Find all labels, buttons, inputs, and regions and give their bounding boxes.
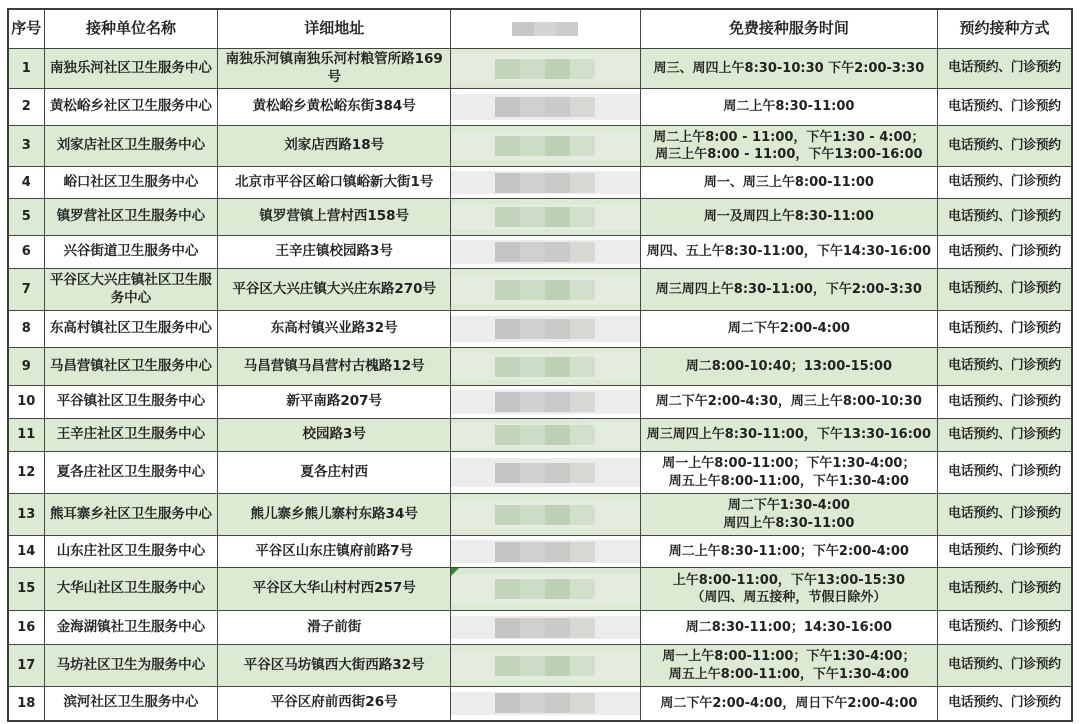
address-cell: 马昌营镇马昌营村古槐路12号 [218, 348, 451, 386]
serial-number-cell: 5 [8, 199, 44, 236]
serial-number-cell: 9 [8, 348, 44, 386]
table-row: 4峪口社区卫生服务中心北京市平谷区峪口镇峪新大街1号周一、周三上午8:00-11… [8, 167, 1072, 199]
table-row: 15大华山社区卫生服务中心平谷区大华山村村西257号上午8:00-11:00，下… [8, 568, 1072, 611]
booking-method-cell: 电话预约、门诊预约 [937, 236, 1072, 269]
service-time-line: 周三周四上午8:30-11:00，下午2:00-3:30 [643, 281, 935, 298]
service-time-line: 周二上午8:00 - 11:00，下午1:30 - 4:00； [643, 129, 935, 146]
booking-method-cell: 电话预约、门诊预约 [937, 348, 1072, 386]
service-time-line: （周四、周五接种，节假日除外） [643, 589, 935, 606]
table-row: 3刘家店社区卫生服务中心刘家店西路18号周二上午8:00 - 11:00，下午1… [8, 126, 1072, 167]
redacted-phone-blur [451, 687, 640, 720]
redacted-phone-blur [451, 452, 640, 493]
address-cell: 南独乐河镇南独乐河村粮管所路169号 [218, 49, 451, 89]
service-time-cell: 周二上午8:30-11:00；下午2:00-4:00 [640, 536, 937, 568]
redacted-phone-blur [451, 348, 640, 385]
service-time-line: 周四、五上午8:30-11:00，下午14:30-16:00 [643, 243, 935, 260]
redacted-phone-blur [451, 536, 640, 567]
service-time-line: 周一上午8:00-11:00；下午1:30-4:00； [643, 648, 935, 665]
service-time-line: 周三周四上午8:30-11:00，下午13:30-16:00 [643, 426, 935, 443]
service-time-line: 周二上午8:30-11:00；下午2:00-4:00 [643, 543, 935, 560]
header-cell-address: 详细地址 [218, 9, 451, 49]
redacted-phone-cell [451, 348, 641, 386]
service-time-cell: 周四、五上午8:30-11:00，下午14:30-16:00 [640, 236, 937, 269]
address-cell: 东高村镇兴业路32号 [218, 311, 451, 348]
service-time-cell: 周三、周四上午8:30-10:30 下午2:00-3:30 [640, 49, 937, 89]
booking-method-cell: 电话预约、门诊预约 [937, 167, 1072, 199]
serial-number-cell: 13 [8, 494, 44, 536]
header-cell-redacted-phone [451, 9, 641, 49]
service-time-line: 周二下午1:30-4:00 [643, 497, 935, 514]
serial-number-cell: 1 [8, 49, 44, 89]
booking-method-cell: 电话预约、门诊预约 [937, 687, 1072, 721]
booking-method-cell: 电话预约、门诊预约 [937, 311, 1072, 348]
address-cell: 平谷区府前西街26号 [218, 687, 451, 721]
redacted-phone-blur [451, 611, 640, 644]
unit-name-cell: 滨河社区卫生服务中心 [44, 687, 218, 721]
redacted-phone-blur [451, 167, 640, 198]
service-time-line: 周二8:30-11:00；14:30-16:00 [643, 619, 935, 636]
table-row: 13熊耳寨乡社区卫生服务中心熊儿寨乡熊儿寨村东路34号周二下午1:30-4:00… [8, 494, 1072, 536]
unit-name-cell: 平谷镇社区卫生服务中心 [44, 386, 218, 419]
booking-method-cell: 电话预约、门诊预约 [937, 269, 1072, 311]
redacted-phone-cell [451, 419, 641, 452]
header-cell-serial: 序号 [8, 9, 44, 49]
header-row: 序号 接种单位名称 详细地址 免费接种服务时间 预约接种方式 [8, 9, 1072, 49]
serial-number-cell: 4 [8, 167, 44, 199]
service-time-line: 上午8:00-11:00，下午13:00-15:30 [643, 572, 935, 589]
service-time-cell: 周二下午2:00-4:00 [640, 311, 937, 348]
redacted-phone-blur [451, 126, 640, 166]
booking-method-cell: 电话预约、门诊预约 [937, 645, 1072, 687]
serial-number-cell: 6 [8, 236, 44, 269]
vaccination-schedule-table: 序号 接种单位名称 详细地址 免费接种服务时间 预约接种方式 1南独乐河社区卫生… [7, 8, 1073, 722]
service-time-cell: 周二下午2:00-4:00，周日下午2:00-4:00 [640, 687, 937, 721]
address-cell: 新平南路207号 [218, 386, 451, 419]
service-time-line: 周二下午2:00-4:30，周三上午8:00-10:30 [643, 393, 935, 410]
header-cell-unit-name: 接种单位名称 [44, 9, 218, 49]
redacted-phone-cell [451, 536, 641, 568]
serial-number-cell: 10 [8, 386, 44, 419]
table-row: 10平谷镇社区卫生服务中心新平南路207号周二下午2:00-4:30，周三上午8… [8, 386, 1072, 419]
redacted-phone-cell [451, 687, 641, 721]
redacted-phone-cell [451, 126, 641, 167]
unit-name-cell: 马昌营镇社区卫生服务中心 [44, 348, 218, 386]
service-time-line: 周一上午8:00-11:00；下午1:30-4:00； [643, 455, 935, 472]
redacted-phone-blur [451, 419, 640, 451]
address-cell: 黄松峪乡黄松峪东街384号 [218, 89, 451, 126]
service-time-cell: 周一、周三上午8:00-11:00 [640, 167, 937, 199]
redacted-phone-cell [451, 494, 641, 536]
unit-name-cell: 峪口社区卫生服务中心 [44, 167, 218, 199]
header-cell-service-time: 免费接种服务时间 [640, 9, 937, 49]
serial-number-cell: 15 [8, 568, 44, 611]
unit-name-cell: 马坊社区卫生为服务中心 [44, 645, 218, 687]
redacted-phone-cell [451, 89, 641, 126]
green-triangle-marker [451, 568, 459, 576]
serial-number-cell: 8 [8, 311, 44, 348]
redacted-phone-cell [451, 49, 641, 89]
service-time-cell: 周二8:00-10:40；13:00-15:00 [640, 348, 937, 386]
unit-name-cell: 刘家店社区卫生服务中心 [44, 126, 218, 167]
serial-number-cell: 16 [8, 611, 44, 645]
redacted-phone-blur [451, 645, 640, 686]
booking-method-cell: 电话预约、门诊预约 [937, 49, 1072, 89]
redacted-phone-cell [451, 199, 641, 236]
unit-name-cell: 南独乐河社区卫生服务中心 [44, 49, 218, 89]
serial-number-cell: 7 [8, 269, 44, 311]
serial-number-cell: 18 [8, 687, 44, 721]
service-time-cell: 周二上午8:30-11:00 [640, 89, 937, 126]
redacted-phone-cell [451, 568, 641, 611]
table-row: 18滨河社区卫生服务中心平谷区府前西街26号周二下午2:00-4:00，周日下午… [8, 687, 1072, 721]
redacted-phone-blur [451, 311, 640, 347]
address-cell: 平谷区山东庄镇府前路7号 [218, 536, 451, 568]
redacted-phone-blur [451, 10, 640, 48]
redacted-phone-cell [451, 236, 641, 269]
vaccination-schedule-page: 序号 接种单位名称 详细地址 免费接种服务时间 预约接种方式 1南独乐河社区卫生… [0, 0, 1080, 724]
service-time-line: 周三、周四上午8:30-10:30 下午2:00-3:30 [643, 60, 935, 77]
booking-method-cell: 电话预约、门诊预约 [937, 419, 1072, 452]
service-time-line: 周二下午2:00-4:00，周日下午2:00-4:00 [643, 695, 935, 712]
booking-method-cell: 电话预约、门诊预约 [937, 386, 1072, 419]
booking-method-cell: 电话预约、门诊预约 [937, 199, 1072, 236]
address-cell: 平谷区马坊镇西大街西路32号 [218, 645, 451, 687]
table-row: 11王辛庄社区卫生服务中心校园路3号周三周四上午8:30-11:00，下午13:… [8, 419, 1072, 452]
table-row: 2黄松峪乡社区卫生服务中心黄松峪乡黄松峪东街384号周二上午8:30-11:00… [8, 89, 1072, 126]
address-cell: 镇罗营镇上营村西158号 [218, 199, 451, 236]
redacted-phone-blur [451, 236, 640, 268]
table-body: 1南独乐河社区卫生服务中心南独乐河镇南独乐河村粮管所路169号周三、周四上午8:… [8, 49, 1072, 721]
serial-number-cell: 3 [8, 126, 44, 167]
service-time-line: 周三上午8:00 - 11:00，下午13:00-16:00 [643, 146, 935, 163]
address-cell: 校园路3号 [218, 419, 451, 452]
redacted-phone-blur [451, 269, 640, 310]
table-row: 9马昌营镇社区卫生服务中心马昌营镇马昌营村古槐路12号周二8:00-10:40；… [8, 348, 1072, 386]
service-time-line: 周四上午8:30-11:00 [643, 515, 935, 532]
redacted-phone-cell [451, 645, 641, 687]
unit-name-cell: 兴谷街道卫生服务中心 [44, 236, 218, 269]
redacted-phone-blur [451, 494, 640, 535]
serial-number-cell: 12 [8, 452, 44, 494]
booking-method-cell: 电话预约、门诊预约 [937, 536, 1072, 568]
address-cell: 平谷区大华山村村西257号 [218, 568, 451, 611]
address-cell: 夏各庄村西 [218, 452, 451, 494]
service-time-cell: 周二8:30-11:00；14:30-16:00 [640, 611, 937, 645]
unit-name-cell: 金海湖镇社卫生服务中心 [44, 611, 218, 645]
table-row: 17马坊社区卫生为服务中心平谷区马坊镇西大街西路32号周一上午8:00-11:0… [8, 645, 1072, 687]
service-time-cell: 周二下午1:30-4:00周四上午8:30-11:00 [640, 494, 937, 536]
header-cell-booking-method: 预约接种方式 [937, 9, 1072, 49]
redacted-phone-blur [451, 89, 640, 125]
service-time-cell: 上午8:00-11:00，下午13:00-15:30（周四、周五接种，节假日除外… [640, 568, 937, 611]
service-time-cell: 周三周四上午8:30-11:00，下午2:00-3:30 [640, 269, 937, 311]
serial-number-cell: 2 [8, 89, 44, 126]
booking-method-cell: 电话预约、门诊预约 [937, 126, 1072, 167]
service-time-line: 周五上午8:00-11:00，下午1:30-4:00 [643, 666, 935, 683]
service-time-line: 周一及周四上午8:30-11:00 [643, 208, 935, 225]
booking-method-cell: 电话预约、门诊预约 [937, 452, 1072, 494]
unit-name-cell: 东高村镇社区卫生服务中心 [44, 311, 218, 348]
redacted-phone-blur [451, 568, 640, 610]
unit-name-cell: 镇罗营社区卫生服务中心 [44, 199, 218, 236]
service-time-cell: 周二上午8:00 - 11:00，下午1:30 - 4:00；周三上午8:00 … [640, 126, 937, 167]
unit-name-cell: 平谷区大兴庄镇社区卫生服务中心 [44, 269, 218, 311]
service-time-line: 周二下午2:00-4:00 [643, 320, 935, 337]
serial-number-cell: 11 [8, 419, 44, 452]
table-row: 1南独乐河社区卫生服务中心南独乐河镇南独乐河村粮管所路169号周三、周四上午8:… [8, 49, 1072, 89]
service-time-line: 周五上午8:00-11:00，下午1:30-4:00 [643, 473, 935, 490]
table-row: 8东高村镇社区卫生服务中心东高村镇兴业路32号周二下午2:00-4:00电话预约… [8, 311, 1072, 348]
redacted-phone-blur [451, 199, 640, 235]
unit-name-cell: 大华山社区卫生服务中心 [44, 568, 218, 611]
redacted-phone-cell [451, 167, 641, 199]
serial-number-cell: 17 [8, 645, 44, 687]
table-row: 6兴谷街道卫生服务中心王辛庄镇校园路3号周四、五上午8:30-11:00，下午1… [8, 236, 1072, 269]
service-time-cell: 周二下午2:00-4:30，周三上午8:00-10:30 [640, 386, 937, 419]
address-cell: 北京市平谷区峪口镇峪新大街1号 [218, 167, 451, 199]
service-time-cell: 周一上午8:00-11:00；下午1:30-4:00；周五上午8:00-11:0… [640, 452, 937, 494]
table-row: 5镇罗营社区卫生服务中心镇罗营镇上营村西158号周一及周四上午8:30-11:0… [8, 199, 1072, 236]
service-time-line: 周二上午8:30-11:00 [643, 98, 935, 115]
redacted-phone-cell [451, 311, 641, 348]
table-row: 12夏各庄社区卫生服务中心夏各庄村西周一上午8:00-11:00；下午1:30-… [8, 452, 1072, 494]
redacted-phone-cell [451, 452, 641, 494]
booking-method-cell: 电话预约、门诊预约 [937, 494, 1072, 536]
address-cell: 平谷区大兴庄镇大兴庄东路270号 [218, 269, 451, 311]
service-time-cell: 周一及周四上午8:30-11:00 [640, 199, 937, 236]
serial-number-cell: 14 [8, 536, 44, 568]
address-cell: 王辛庄镇校园路3号 [218, 236, 451, 269]
redacted-phone-blur [451, 49, 640, 88]
address-cell: 滑子前街 [218, 611, 451, 645]
table-row: 16金海湖镇社卫生服务中心滑子前街周二8:30-11:00；14:30-16:0… [8, 611, 1072, 645]
service-time-cell: 周三周四上午8:30-11:00，下午13:30-16:00 [640, 419, 937, 452]
table-row: 14山东庄社区卫生服务中心平谷区山东庄镇府前路7号周二上午8:30-11:00；… [8, 536, 1072, 568]
service-time-cell: 周一上午8:00-11:00；下午1:30-4:00；周五上午8:00-11:0… [640, 645, 937, 687]
booking-method-cell: 电话预约、门诊预约 [937, 611, 1072, 645]
redacted-phone-blur [451, 386, 640, 418]
table-row: 7平谷区大兴庄镇社区卫生服务中心平谷区大兴庄镇大兴庄东路270号周三周四上午8:… [8, 269, 1072, 311]
service-time-line: 周二8:00-10:40；13:00-15:00 [643, 358, 935, 375]
unit-name-cell: 王辛庄社区卫生服务中心 [44, 419, 218, 452]
booking-method-cell: 电话预约、门诊预约 [937, 89, 1072, 126]
booking-method-cell: 电话预约、门诊预约 [937, 568, 1072, 611]
address-cell: 熊儿寨乡熊儿寨村东路34号 [218, 494, 451, 536]
address-cell: 刘家店西路18号 [218, 126, 451, 167]
unit-name-cell: 黄松峪乡社区卫生服务中心 [44, 89, 218, 126]
redacted-phone-cell [451, 611, 641, 645]
unit-name-cell: 山东庄社区卫生服务中心 [44, 536, 218, 568]
unit-name-cell: 夏各庄社区卫生服务中心 [44, 452, 218, 494]
redacted-phone-cell [451, 269, 641, 311]
service-time-line: 周一、周三上午8:00-11:00 [643, 174, 935, 191]
redacted-phone-cell [451, 386, 641, 419]
unit-name-cell: 熊耳寨乡社区卫生服务中心 [44, 494, 218, 536]
